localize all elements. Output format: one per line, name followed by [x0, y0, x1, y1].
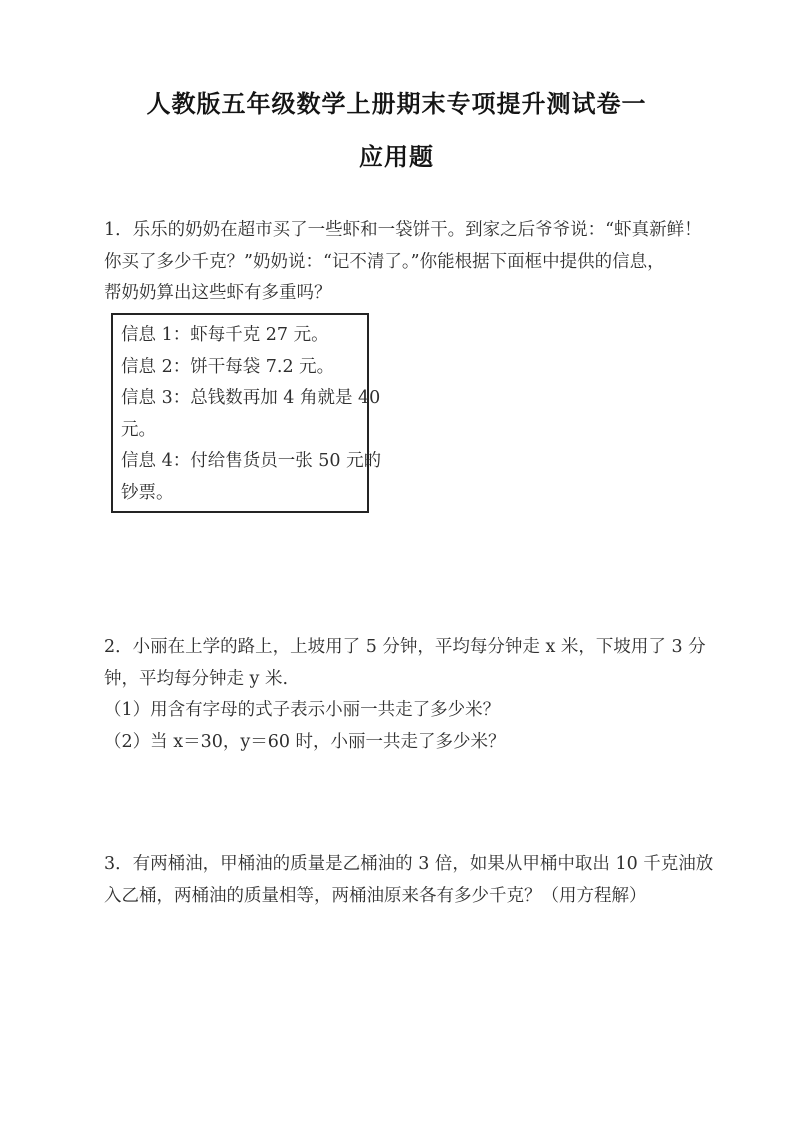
- worksheet-page: 人教版五年级数学上册期末专项提升测试卷一 应用题 1．乐乐的奶奶在超市买了一些虾…: [0, 0, 793, 1122]
- info-box-line-2: 信息 2：饼干每袋 7.2 元。: [121, 352, 359, 384]
- question-3: 3．有两桶油，甲桶油的质量是乙桶油的 3 倍，如果从甲桶中取出 10 千克油放 …: [104, 849, 693, 912]
- question-1: 1．乐乐的奶奶在超市买了一些虾和一袋饼干。到家之后爷爷说：“虾真新鲜！ 你买了多…: [104, 215, 693, 310]
- question-2-line-1: 2．小丽在上学的路上，上坡用了 5 分钟，平均每分钟走 x 米，下坡用了 3 分: [104, 632, 693, 664]
- question-1-line-1: 1．乐乐的奶奶在超市买了一些虾和一袋饼干。到家之后爷爷说：“虾真新鲜！: [104, 215, 693, 247]
- info-box-line-1: 信息 1：虾每千克 27 元。: [121, 320, 359, 352]
- question-2-line-2: 钟，平均每分钟走 y 米.: [104, 664, 693, 696]
- document-title: 人教版五年级数学上册期末专项提升测试卷一: [0, 87, 793, 121]
- question-2-subpart-1: （1）用含有字母的式子表示小丽一共走了多少米？: [104, 695, 693, 727]
- info-box-line-3: 信息 3：总钱数再加 4 角就是 40: [121, 383, 359, 415]
- info-box-line-4: 元。: [121, 415, 359, 447]
- question-3-line-1: 3．有两桶油，甲桶油的质量是乙桶油的 3 倍，如果从甲桶中取出 10 千克油放: [104, 849, 693, 881]
- question-2-subpart-2: （2）当 x＝30，y＝60 时，小丽一共走了多少米？: [104, 727, 693, 759]
- document-subtitle: 应用题: [0, 140, 793, 174]
- info-box-line-6: 钞票。: [121, 478, 359, 510]
- question-1-line-2: 你买了多少千克？”奶奶说：“记不清了。”你能根据下面框中提供的信息，: [104, 247, 693, 279]
- info-box-line-5: 信息 4：付给售货员一张 50 元的: [121, 446, 359, 478]
- question-3-line-2: 入乙桶，两桶油的质量相等，两桶油原来各有多少千克？（用方程解）: [104, 881, 693, 913]
- question-1-info-box: 信息 1：虾每千克 27 元。 信息 2：饼干每袋 7.2 元。 信息 3：总钱…: [111, 313, 369, 513]
- question-2: 2．小丽在上学的路上，上坡用了 5 分钟，平均每分钟走 x 米，下坡用了 3 分…: [104, 632, 693, 758]
- question-1-line-3: 帮奶奶算出这些虾有多重吗？: [104, 278, 693, 310]
